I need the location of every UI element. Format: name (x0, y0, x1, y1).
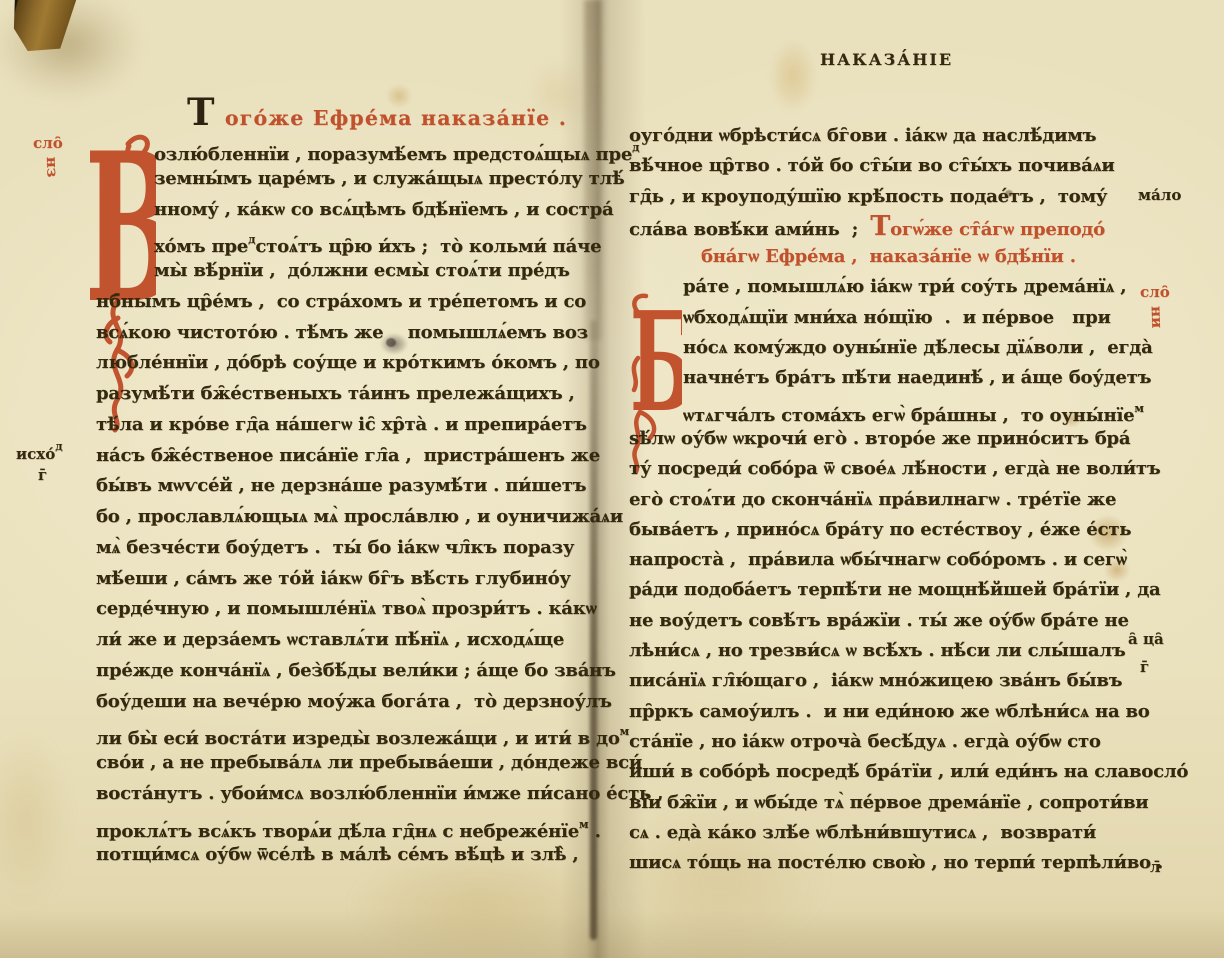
text-line: боу́деши на вече́рю моу́жа бога́та , то̀… (96, 687, 606, 718)
left-margin-chapter-number: нз (43, 156, 62, 177)
text-run: д (55, 440, 62, 453)
text-line: ли бы̀ еси́ воста́ти изреды̀ возлежа́щи … (96, 717, 606, 748)
text-line: воста́нутъ . убои́мсѧ возлю́бленнїи и́мж… (96, 779, 606, 810)
text-run: озлю́бленнїи , поразумѣ́емъ предстоѧ́щыѧ… (154, 144, 632, 165)
text-run: м (1134, 402, 1144, 415)
text-line: бна́гѡ Ефре́ма , наказа́нїе ѡ бдѣ́нїи . (629, 242, 1144, 272)
text-line: ѡтѧгча́лъ стома́хъ егѡ̀ бра́шны , то оун… (629, 394, 1144, 424)
text-run: огѡ́же ст̑а́гѡ преподо́ (890, 219, 1105, 240)
text-line: иши́ в собо́рѣ посредѣ́ бра́тїи , или́ е… (629, 757, 1144, 787)
text-line: его̀ стоѧ́ти до сконча́нїѧ пра́вилнагѡ .… (629, 485, 1144, 515)
text-line: гд̑ь , и кроуподу́шїю крѣ́пость подае́тъ… (629, 182, 1144, 212)
text-line: озлю́бленнїи , поразумѣ́емъ предстоѧ́щыѧ… (96, 133, 606, 164)
right-margin-bible-book: а̑ ца̑ (1128, 630, 1164, 648)
text-line: ту́ посреди́ собо́ра ѿ свое́ѧ лѣ́ности ,… (629, 454, 1144, 484)
text-line: потщи́мсѧ оу́бѡ ѿсе́лѣ в ма́лѣ се́мъ вѣ́… (96, 840, 606, 871)
text-line: тѣ́ла и кро́ве гд̑а на́шегѡ іс̑ хр̑та̀ .… (96, 410, 606, 441)
text-line: хо́мъ предстоѧ́тъ цр̑ю и́хъ ; то̀ кольми… (96, 225, 606, 256)
text-line: сѧ . еда̀ ка́ко злѣ́е ѡблѣни́вшутисѧ , в… (629, 818, 1144, 848)
text-line: оуго́дни ѡбрѣсти́сѧ бг̑ови . іа́кѡ да на… (629, 121, 1144, 151)
text-line: мы̀ вѣ́рнїи , до́лжни есмы̀ стоѧ́ти пре́… (96, 256, 606, 287)
left-margin-bible-chapter: г̄ (38, 466, 47, 484)
text-line: земны́мъ царе́мъ , и служа́щыѧ престо́лу… (96, 164, 606, 195)
stain (0, 730, 70, 910)
text-run: ра́те , помышлѧ́ю іа́кѡ три́ соу́ть дрем… (683, 276, 1126, 297)
text-line: любле́ннїи , до́брѣ соу́ще и кро́ткимъ о… (96, 348, 606, 379)
text-run: сла́ва вовѣ́ки ами́нь ; (629, 219, 870, 240)
text-line: пр̑ркъ самоу́илъ . и ни еди́ною же ѡблѣн… (629, 697, 1144, 727)
text-line: ли́ же и дерза́емъ ѡставлѧ́ти пѣ́нїѧ , и… (96, 625, 606, 656)
text-line: вѣ́чное цр̑тво . то́й бо ст̑ы́и во ст̑ы́… (629, 151, 1144, 181)
text-run: нному́ , ка́кѡ со всѧ́цѣмъ бдѣ́нїемъ , и… (154, 199, 613, 220)
text-line: но́сѧ кому́ждо оуны́нїе дѣ́лесы дїѧ́воли… (629, 333, 1144, 363)
text-run: хо́мъ пре (154, 236, 248, 257)
text-run: ли бы̀ еси́ воста́ти изреды̀ возлежа́щи … (96, 728, 620, 749)
text-line: писа́нїѧ гл̑ю́щаго , іа́кѡ мно́жицею зва… (629, 666, 1144, 696)
text-line: нному́ , ка́кѡ со всѧ́цѣмъ бдѣ́нїемъ , и… (96, 195, 606, 226)
text-run: стоѧ́тъ цр̑ю и́хъ ; то̀ кольми́ па́че (255, 236, 601, 257)
text-run: мы̀ вѣ́рнїи , до́лжни есмы̀ стоѧ́ти пре́… (154, 260, 570, 281)
text-line: начне́тъ бра́тъ пѣ́ти наединѣ́ , и а́ще … (629, 363, 1144, 393)
book-photo: Т ого́же Ефре́ма наказа́нїе . В озлю́бле… (0, 0, 1224, 958)
text-line: сла́ва вовѣ́ки ами́нь ; Тогѡ́же ст̑а́гѡ … (629, 212, 1144, 242)
text-line: ста́нїе , но іа́кѡ отроча̀ бесѣ́дуѧ . ег… (629, 727, 1144, 757)
left-margin-bible-book: исхо́д (16, 440, 63, 463)
text-line: шисѧ то́щь на посте́лю свою̀ , но терпи́… (629, 848, 1144, 878)
text-line: бо , прославлѧ́ющыѧ мѧ̀ просла́влю , и о… (96, 502, 606, 533)
right-text-column: оуго́дни ѡбрѣсти́сѧ бг̑ови . іа́кѡ да на… (629, 121, 1144, 878)
running-head: НАКАЗА́НІЕ (629, 50, 1144, 69)
text-line: не воу́детъ совѣ́тъ вра́жїи . ты́ же оу́… (629, 606, 1144, 636)
text-run: ѡтѧгча́лъ стома́хъ егѡ̀ бра́шны , то оун… (683, 405, 1134, 426)
right-margin-gloss: ма́ло (1138, 186, 1181, 204)
text-line: проклѧ́тъ всѧ́къ творѧ́и дѣ́ла гд̑нѧ с н… (96, 810, 606, 841)
text-line: пре́жде конча́нїѧ , без̀бѣ́ды вели́ки ; … (96, 656, 606, 687)
text-line: мѣ́еши , са́мъ же то́й іа́кѡ бг̑ъ вѣ́сть… (96, 564, 606, 595)
quire-signature-mark: л̄ (1150, 858, 1161, 876)
page-bottom-shadow (0, 910, 1224, 958)
text-line: лѣни́сѧ , но трезви́сѧ ѡ всѣ́хъ . нѣ́си … (629, 636, 1144, 666)
right-margin-chapter-label: сло̑ (1140, 283, 1170, 301)
text-run: ого́же Ефре́ма наказа́нїе . (217, 106, 568, 130)
text-line: мѧ̀ безче́сти боу́детъ . ты́ бо іа́кѡ чл… (96, 533, 606, 564)
text-line: серде́чную , и помышле́нїѧ твоѧ̀ прозри́… (96, 594, 606, 625)
text-line: ѕѣ́лѡ оу́бѡ ѡкрочи́ его̀ . второ́е же пр… (629, 424, 1144, 454)
right-margin-bible-chapter: г̄ (1140, 658, 1149, 676)
text-line: напроста̀ , пра́вила ѡбы́чнагѡ собо́ромъ… (629, 545, 1144, 575)
text-run: исхо́ (16, 445, 55, 463)
right-margin-chapter-number: ни (1148, 306, 1167, 329)
text-line: всѧ́кою чистото́ю . тѣ́мъ же помышлѧ́емъ… (96, 318, 606, 349)
text-line: бы́въ мѡѵсе́й , не дерзна́ше разумѣ́ти .… (96, 471, 606, 502)
text-line: на́съ бж̑е́ственое писа́нїе гл̑а , прист… (96, 441, 606, 472)
text-run: земны́мъ царе́мъ , и служа́щыѧ престо́лу… (154, 168, 624, 189)
text-line: быва́етъ , прино́сѧ бра́ту по есте́ствоу… (629, 515, 1144, 545)
text-run: бна́гѡ Ефре́ма , наказа́нїе ѡ бдѣ́нїи . (701, 246, 1076, 267)
text-run: проклѧ́тъ всѧ́къ творѧ́и дѣ́ла гд̑нѧ с н… (96, 821, 579, 842)
text-line: ѡбходѧ́щїи мни́ха но́щїю . и пе́рвое при (629, 303, 1144, 333)
text-line: ра́ди подоба́етъ терпѣ́ти не мощнѣ́йшей … (629, 575, 1144, 605)
text-line: ра́те , помышлѧ́ю іа́кѡ три́ соу́ть дрем… (629, 272, 1144, 302)
text-run: ѡбходѧ́щїи мни́ха но́щїю . и пе́рвое при (683, 307, 1111, 328)
left-page-heading: Т ого́же Ефре́ма наказа́нїе . (187, 90, 567, 134)
text-line: разумѣ́ти бж̑е́ственыхъ та́инъ прележа́щ… (96, 379, 606, 410)
text-line: сво́и , а не пребыва́лѧ ли пребыва́еши ,… (96, 748, 606, 779)
text-run: Т (187, 90, 217, 134)
text-run: . (589, 821, 601, 842)
text-run: м (579, 818, 589, 831)
left-text-column: озлю́бленнїи , поразумѣ́емъ предстоѧ́щыѧ… (96, 133, 606, 871)
text-run: но́сѧ кому́ждо оуны́нїе дѣ́лесы дїѧ́воли… (683, 337, 1153, 358)
text-line: нб̑нымъ цр̑е́мъ , со стра́хомъ и тре́пет… (96, 287, 606, 318)
text-run: м (620, 725, 630, 738)
text-run: начне́тъ бра́тъ пѣ́ти наединѣ́ , и а́ще … (683, 367, 1151, 388)
text-run: Т (870, 211, 890, 242)
left-margin-chapter-label: сло̑ (33, 134, 63, 152)
text-line: вїи бж̑їи , и ѡбы́де тѧ̀ пе́рвое дрема́н… (629, 788, 1144, 818)
